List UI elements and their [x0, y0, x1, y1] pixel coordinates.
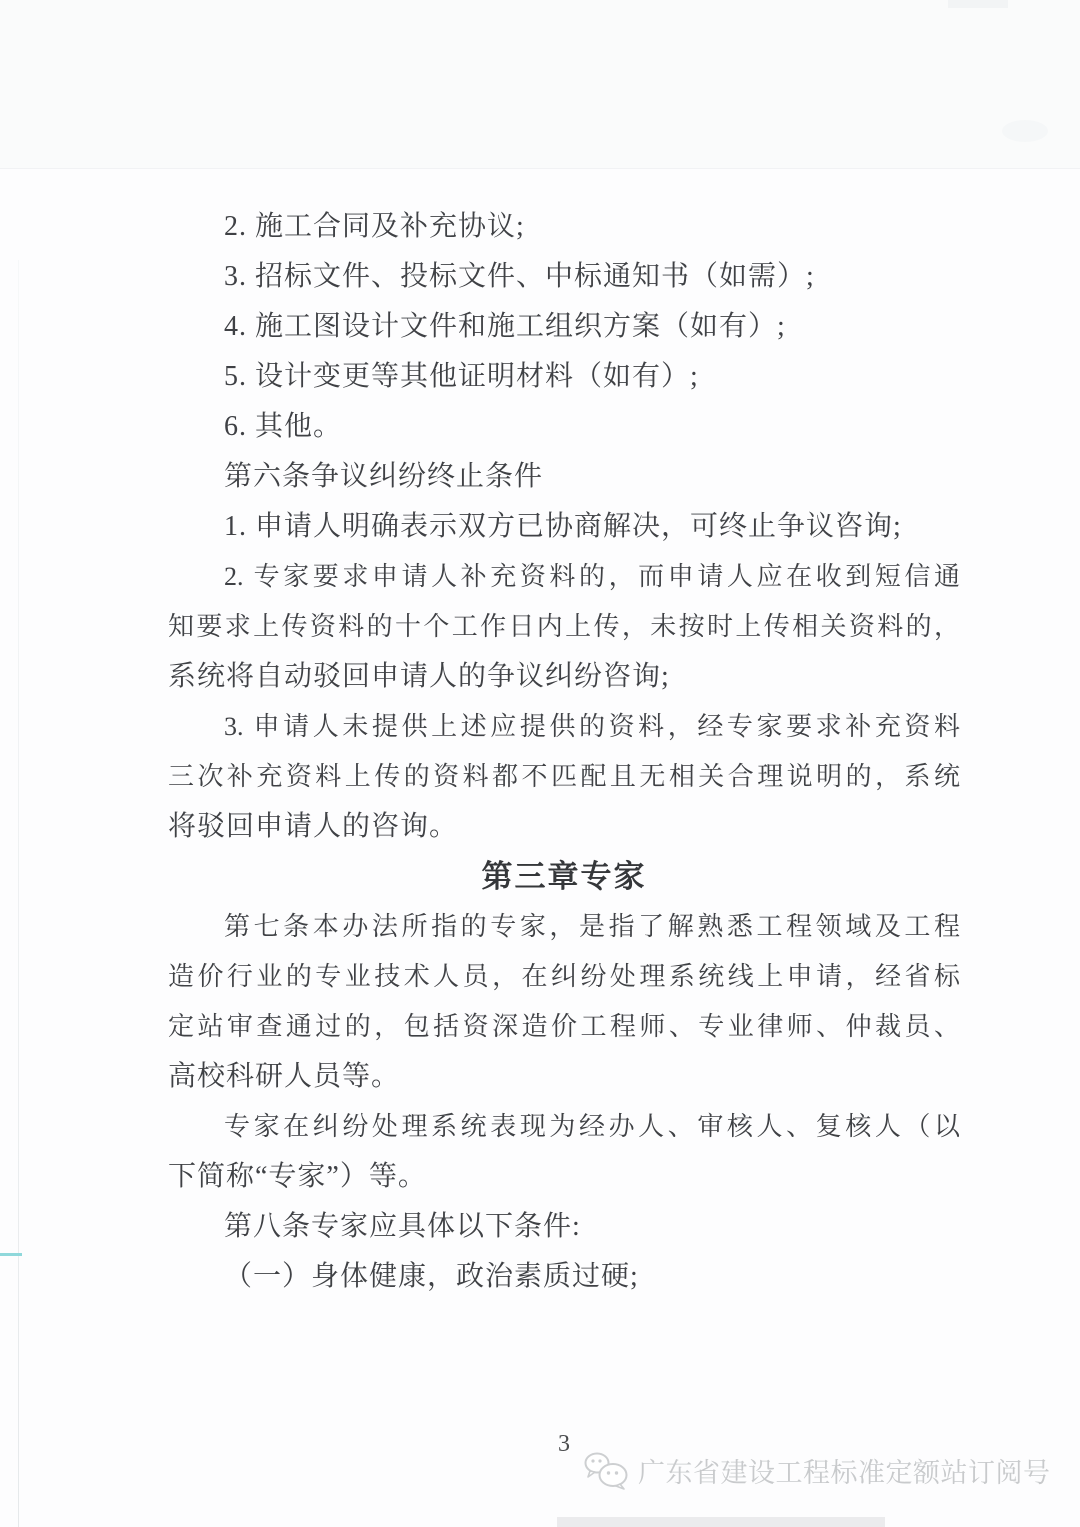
text-line: 知要求上传资料的十个工作日内上传，未按时上传相关资料的， [168, 602, 960, 652]
text-line: 系统将自动驳回申请人的争议纠纷咨询; [168, 652, 960, 702]
text-line: 造价行业的专业技术人员，在纠纷处理系统线上申请，经省标 [168, 952, 960, 1002]
text-line: 2. 专家要求申请人补充资料的，而申请人应在收到短信通 [168, 552, 960, 602]
text-line: 3. 招标文件、投标文件、中标通知书（如需）; [168, 252, 960, 302]
text-line: （一）身体健康，政治素质过硬; [168, 1252, 960, 1302]
text-line: 三次补充资料上传的资料都不匹配且无相关合理说明的，系统 [168, 752, 960, 802]
text-line: 第六条争议纠纷终止条件 [168, 452, 960, 502]
text-line: 第三章专家 [168, 852, 960, 902]
text-line: 高校科研人员等。 [168, 1052, 960, 1102]
text-line: 下简称“专家”）等。 [168, 1152, 960, 1202]
text-line: 将驳回申请人的咨询。 [168, 802, 960, 852]
text-line: 第七条本办法所指的专家，是指了解熟悉工程领域及工程 [168, 902, 960, 952]
scan-artifact-vertical-line [18, 260, 19, 1527]
text-line: 5. 设计变更等其他证明材料（如有）; [168, 352, 960, 402]
text-line: 6. 其他。 [168, 402, 960, 452]
text-line: 定站审查通过的，包括资深造价工程师、专业律师、仲裁员、 [168, 1002, 960, 1052]
document-body: 2. 施工合同及补充协议;3. 招标文件、投标文件、中标通知书（如需）;4. 施… [168, 202, 960, 1302]
text-line: 1. 申请人明确表示双方已协商解决，可终止争议咨询; [168, 502, 960, 552]
text-line: 专家在纠纷处理系统表现为经办人、审核人、复核人（以 [168, 1102, 960, 1152]
scan-artifact-top-strip [0, 0, 1080, 169]
text-line: 2. 施工合同及补充协议; [168, 202, 960, 252]
text-line: 3. 申请人未提供上述应提供的资料，经专家要求补充资料 [168, 702, 960, 752]
wechat-icon [584, 1450, 630, 1490]
text-line: 4. 施工图设计文件和施工组织方案（如有）; [168, 302, 960, 352]
watermark: 广东省建设工程标准定额站订阅号 [584, 1450, 1051, 1490]
watermark-text: 广东省建设工程标准定额站订阅号 [638, 1451, 1051, 1490]
scan-artifact-cyan-tick [0, 1253, 22, 1256]
scan-artifact-smudge [948, 0, 1008, 8]
scan-artifact-bottom-band [557, 1517, 885, 1527]
scan-artifact-smudge [1002, 120, 1048, 142]
text-line: 第八条专家应具体以下条件: [168, 1202, 960, 1252]
